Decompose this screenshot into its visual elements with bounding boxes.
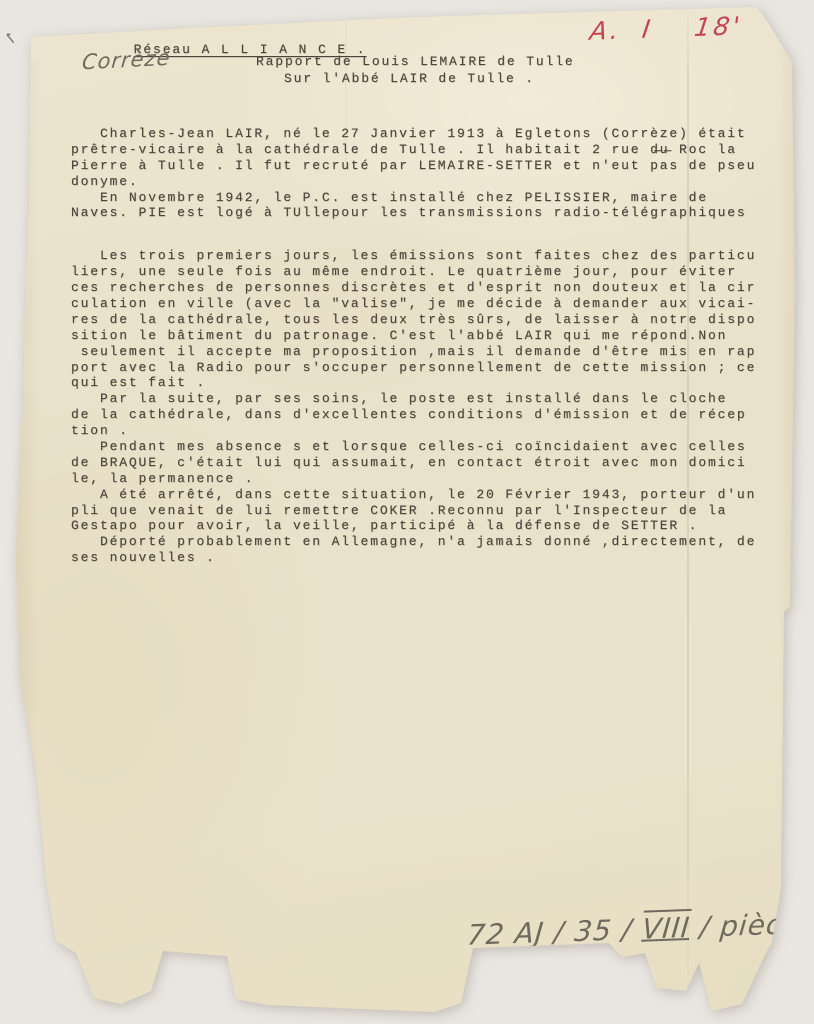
archive-reference: 72 AJ / 35 / VIII / pièce 18 b bbox=[384, 871, 814, 987]
typed-line: Gestapo pour avoir, la veille, participé… bbox=[71, 518, 781, 534]
typed-line: pli que venait de lui remettre COKER .Re… bbox=[71, 503, 781, 519]
pencil-note-correze: Corrèze bbox=[81, 46, 172, 75]
typed-line: port avec la Radio pour s'occuper person… bbox=[71, 360, 781, 376]
typed-line: En Novembre 1942, le P.C. est installé c… bbox=[71, 190, 781, 206]
typed-body-text: Charles-Jean LAIR, né le 27 Janvier 1913… bbox=[71, 126, 781, 566]
typed-line: sition le bâtiment du patronage. C'est l… bbox=[71, 328, 781, 344]
archive-ref-roman-numeral: VIII bbox=[641, 911, 692, 946]
typed-line: ces recherches de personnes discrètes et… bbox=[71, 280, 781, 296]
typed-line: Déporté probablement en Allemagne, n'a j… bbox=[71, 534, 781, 550]
typed-line: ses nouvelles . bbox=[71, 550, 781, 566]
report-title-line2: Sur l'Abbé LAIR de Tulle . bbox=[284, 71, 535, 86]
typed-line: de la cathédrale, dans d'excellentes con… bbox=[71, 407, 781, 423]
typed-line bbox=[71, 221, 781, 248]
red-classification-note: A. I 18' bbox=[588, 11, 744, 45]
typed-line: le, la permanence . bbox=[71, 471, 781, 487]
typed-line: de BRAQUE, c'était lui qui assumait, en … bbox=[71, 455, 781, 471]
typed-line: res de la cathédrale, tous les deux très… bbox=[71, 312, 781, 328]
archive-ref-suffix: / pièce 18 b bbox=[689, 904, 814, 944]
scan-background: ✓ Réseau A L L I A N C E . Corrèze A. I … bbox=[0, 0, 814, 1024]
left-edge-shading bbox=[14, 60, 40, 940]
report-title-line1: Rapport de Louis LEMAIRE de Tulle bbox=[256, 54, 575, 69]
typed-line: culation en ville (avec la "valise", je … bbox=[71, 296, 781, 312]
typed-line: prêtre-vicaire à la cathédrale de Tulle … bbox=[71, 142, 781, 158]
typed-line: donyme. bbox=[71, 174, 781, 190]
typed-line: Pendant mes absence s et lorsque celles-… bbox=[71, 439, 781, 455]
paper-shadow: Réseau A L L I A N C E . Corrèze A. I 18… bbox=[0, 0, 814, 1024]
typed-line: qui est fait . bbox=[71, 375, 781, 391]
typed-line: Par la suite, par ses soins, le poste es… bbox=[71, 391, 781, 407]
typed-line: seulement il accepte ma proposition ,mai… bbox=[71, 344, 781, 360]
typed-line: Pierre à Tulle . Il fut recruté par LEMA… bbox=[71, 158, 781, 174]
typed-line: A été arrêté, dans cette situation, le 2… bbox=[71, 487, 781, 503]
typed-line: tion . bbox=[71, 423, 781, 439]
archive-ref-prefix: 72 AJ / 35 / bbox=[466, 913, 644, 952]
typed-line: Les trois premiers jours, les émissions … bbox=[71, 248, 781, 264]
typed-line: Naves. PIE est logé à TUllepour les tran… bbox=[71, 205, 781, 221]
typed-line: liers, une seule fois au même endroit. L… bbox=[71, 264, 781, 280]
typed-line: Charles-Jean LAIR, né le 27 Janvier 1913… bbox=[71, 126, 781, 142]
document-page: Réseau A L L I A N C E . Corrèze A. I 18… bbox=[0, 0, 814, 1024]
